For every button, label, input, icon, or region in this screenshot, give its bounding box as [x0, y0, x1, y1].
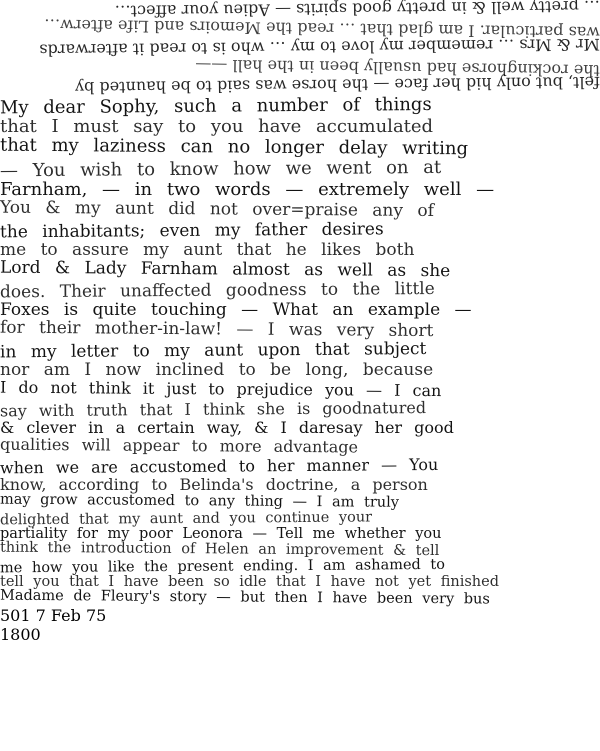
handwriting-line: Farnham, — in two words — extremely well…	[0, 179, 600, 200]
handwriting-segment: qualities will appear to more advantage	[0, 435, 358, 457]
handwriting-segment: that I must say to you have accumulated	[0, 116, 433, 137]
handwriting-line: that I must say to you have accumulated	[0, 116, 600, 137]
handwriting-segment: in my letter to my aunt upon that subjec…	[0, 339, 426, 362]
pencil-number-501: 501	[0, 606, 31, 625]
handwriting-segment: for their mother-in-law! — I was very sh…	[0, 318, 434, 341]
handwriting-line: when we are accustomed to her manner — Y…	[0, 454, 600, 478]
handwriting-segment: Foxes is quite touching — What an exampl…	[0, 300, 472, 320]
handwriting-segment: when we are accustomed to her manner — Y…	[0, 455, 438, 477]
handwriting-line: nor am I now inclined to be long, becaus…	[0, 360, 600, 380]
handwriting-segment: think the introduction of Helen an impro…	[0, 540, 439, 559]
handwriting-segment: extremely	[318, 179, 409, 200]
handwriting-line: & clever in a certain way, & I daresay h…	[0, 418, 600, 437]
handwriting-segment: may grow accustomed to any thing — I am …	[0, 492, 399, 511]
photo-of-letter: { "photo": { "description": "Photograph …	[0, 0, 600, 751]
handwriting-line: the inhabitants; even my father desires	[0, 218, 600, 243]
handwriting-segment: nor am I now inclined to be long, becaus…	[0, 360, 433, 380]
handwriting-segment: You & my aunt did not over=praise any of	[0, 198, 434, 221]
handwriting-line: Foxes is quite touching — What an exampl…	[0, 300, 600, 320]
handwriting-segment: Farnham, — in two words —	[0, 179, 318, 200]
handwriting-line: know, according to Belinda's doctrine, a…	[0, 475, 600, 494]
handwriting-segment: Madame de Fleury's story — but then I ha…	[0, 588, 490, 608]
handwriting-line: me to assure my aunt that he likes both	[0, 240, 600, 260]
handwriting-segment: My dear Sophy, such a number of things	[0, 94, 432, 118]
handwriting-line: say with truth that I think she is goodn…	[0, 397, 600, 421]
handwriting-segment: well	[424, 179, 462, 200]
handwriting-segment: that my laziness can no longer delay wri…	[0, 135, 468, 160]
handwriting-segment: say with truth that I think she is goodn…	[0, 398, 426, 420]
ink-year-1800: 1800	[0, 625, 41, 644]
pencil-date-annotation: 7 Feb	[36, 606, 81, 625]
inverted-cross-writing-block: … pretty well & in pretty good spirits —…	[0, 0, 600, 95]
handwriting-line: does. Their unaffected goodness to the l…	[0, 278, 600, 303]
letter-paper: … pretty well & in pretty good spirits —…	[0, 0, 600, 644]
handwriting-segment: I do not think it just to prejudice you …	[0, 378, 441, 400]
letter-body-text: My dear Sophy, such a number of thingsth…	[0, 95, 600, 606]
handwriting-segment: Lord & Lady Farnham almost as well as sh…	[0, 258, 450, 282]
handwriting-segment: know, according to Belinda's doctrine, a…	[0, 475, 428, 494]
handwriting-segment: the inhabitants; even my father desires	[0, 219, 384, 242]
handwriting-line: My dear Sophy, such a number of things	[0, 93, 600, 119]
handwriting-line: — You wish to know how we went on at	[0, 156, 600, 182]
handwriting-segment: —	[461, 179, 494, 200]
circled-page-number: 75	[86, 606, 106, 625]
letter-paper-wrapper: … pretty well & in pretty good spirits —…	[0, 0, 600, 644]
handwriting-segment: & clever in a certain way, & I daresay h…	[0, 418, 454, 437]
handwriting-segment: does. Their unaffected goodness to the l…	[0, 279, 435, 302]
handwriting-segment: — You wish to know how we went on at	[0, 157, 441, 181]
handwriting-segment	[409, 179, 424, 200]
handwriting-line: in my letter to my aunt upon that subjec…	[0, 338, 600, 363]
handwriting-segment: me to assure my aunt that he likes both	[0, 240, 414, 260]
